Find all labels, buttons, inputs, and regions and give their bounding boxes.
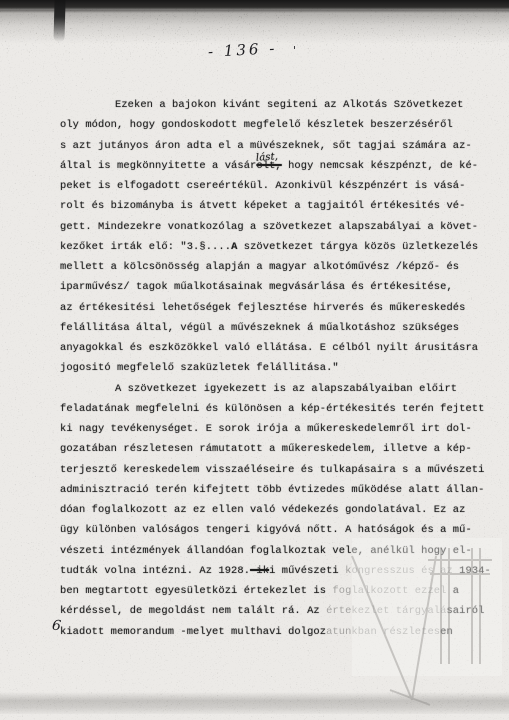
scan-edge-top <box>0 0 509 13</box>
text-line: peket is elfogadott csereértékül. Azonki… <box>60 176 490 196</box>
scan-edge-bottom <box>0 692 509 714</box>
text-line: ben megtartott egyesületközi értekezlet … <box>60 581 490 601</box>
handwritten-correction: lást, <box>256 147 279 169</box>
typewritten-text: adminisztració terén kifejtett több évti… <box>60 484 484 496</box>
text-line: által is megkönnyitette a vásárolt,lást,… <box>60 156 490 176</box>
faded-text: értekezlet tárgyalá <box>326 605 446 617</box>
typewritten-text: anyagokkal és eszközökkel való ellátása.… <box>60 342 478 354</box>
text-line: mellett a kölcsönösség alapján a magyar … <box>60 257 490 277</box>
typewritten-text: a <box>446 585 459 597</box>
text-line: kérdéssel, de megoldást nem talált rá. A… <box>60 601 490 621</box>
text-line: terjesztő kereskedelem visszaéléseire és… <box>60 460 490 480</box>
typewritten-text: jogositó megfelelő szaküzletek felállitá… <box>60 362 339 374</box>
typewritten-text: iparművész/ tagok műalkotásainak megvásá… <box>60 281 453 293</box>
struck-text: -ik <box>250 565 269 577</box>
typewritten-text: gozatában részletesen rámutatott a műker… <box>60 443 472 455</box>
text-line: az értékesitési lehetőségek fejlesztése … <box>60 298 490 318</box>
typewritten-text: 1934- <box>453 565 491 577</box>
text-line: dóan foglalkozott az ez ellen való védek… <box>60 500 490 520</box>
faded-text: foglalkozott ezzel <box>332 585 446 597</box>
typewritten-text: oly módon, hogy gondoskodott megfelelő k… <box>60 119 453 131</box>
typewritten-text: feladatának megfelelni és különösen a ké… <box>60 403 484 415</box>
typewritten-text: kérdéssel, de megoldást nem talált rá. A… <box>60 605 326 617</box>
typewritten-text: által is megkönnyitette a vásár <box>60 160 256 172</box>
text-line: kezőket irták elő: "3.§....A szövetkezet… <box>60 237 490 257</box>
text-line: A szövetkezet igyekezett is az alapszabá… <box>60 379 490 399</box>
typewritten-text: mellett a kölcsönösség alapján a magyar … <box>60 261 459 273</box>
typewritten-text: szövetkezet tárgya közös üzletkezelés <box>237 241 478 253</box>
text-line: feladatának megfelelni és különösen a ké… <box>60 399 490 419</box>
typewritten-text: ki nagy tevékenységet. E sorok irója a m… <box>60 423 472 435</box>
text-line: ügy különben valóságos tengeri kigyóvá n… <box>60 520 490 540</box>
typewritten-text: sairól <box>446 605 484 617</box>
text-line: gett. Mindezekre vonatkozólag a szövetke… <box>60 217 490 237</box>
struck-text: olt,lást, <box>256 160 281 172</box>
typewritten-text: tudták volna intézni. Az 1928. <box>60 565 250 577</box>
typewritten-text: terjesztő kereskedelem visszaéléseire és… <box>60 464 484 476</box>
typewritten-text: kiadott memorandum -melyet multhavi dolg… <box>60 626 326 638</box>
text-line: Ezeken a bajokon kivánt segiteni az Alko… <box>60 95 490 115</box>
text-line: anyagokkal és eszközökkel való ellátása.… <box>60 338 490 358</box>
typewritten-text: ügy különben valóságos tengeri kigyóvá n… <box>60 524 472 536</box>
text-line: tudták volna intézni. Az 1928.-iki művés… <box>60 561 490 581</box>
typewritten-text: i művészeti <box>269 565 345 577</box>
typewritten-text: rolt és bizományba is átvett képeket a t… <box>60 200 465 212</box>
text-line: oly módon, hogy gondoskodott megfelelő k… <box>60 115 490 135</box>
text-line: adminisztració terén kifejtett több évti… <box>60 480 490 500</box>
typewritten-text: Ezeken a bajokon kivánt segiteni az Alko… <box>115 99 463 111</box>
ink-smudge <box>53 0 65 42</box>
text-line: iparművész/ tagok műalkotásainak megvásá… <box>60 277 490 297</box>
typewritten-text: dóan foglalkozott az ez ellen való védek… <box>60 504 465 516</box>
text-line: jogositó megfelelő szaküzletek felállitá… <box>60 358 490 378</box>
typewritten-text: az értékesitési lehetőségek fejlesztése … <box>60 302 465 314</box>
scanned-document-page: - 136 - ' 6 Ezeken a bajokon kivánt segi… <box>0 0 509 720</box>
typewritten-text: kezőket irták elő: "3.§.... <box>60 241 231 253</box>
text-line: rolt és bizományba is átvett képeket a t… <box>60 196 490 216</box>
text-line: vészeti intézmények állandóan foglalkozt… <box>60 541 490 561</box>
scan-edge-top-fuzz <box>0 10 509 44</box>
typewritten-text: hogy nemcsak készpénzt, de ké- <box>282 160 478 172</box>
text-line: kiadott memorandum -melyet multhavi dolg… <box>60 622 490 642</box>
handwritten-tick-mark: ' <box>293 44 296 57</box>
typewritten-text: felállitása által, végül a művészeknek á… <box>60 322 459 334</box>
text-line: ki nagy tevékenységet. E sorok irója a m… <box>60 419 490 439</box>
typewritten-text: ben megtartott egyesületközi értekezlet … <box>60 585 332 597</box>
typewritten-text: en <box>440 626 453 638</box>
text-line: gozatában részletesen rámutatott a műker… <box>60 439 490 459</box>
typewritten-text: vészeti intézmények állandóan foglalkozt… <box>60 545 472 557</box>
text-line: felállitása által, végül a művészeknek á… <box>60 318 490 338</box>
typewritten-text: A szövetkezet igyekezett is az alapszabá… <box>115 383 457 395</box>
faded-text: kongresszus és az <box>345 565 453 577</box>
typewritten-text-block: Ezeken a bajokon kivánt segiteni az Alko… <box>60 95 490 642</box>
faded-text: atunkban részletes <box>326 626 440 638</box>
typewritten-text: gett. Mindezekre vonatkozólag a szövetke… <box>60 221 478 233</box>
typewritten-text: peket is elfogadott csereértékül. Azonki… <box>60 180 465 192</box>
